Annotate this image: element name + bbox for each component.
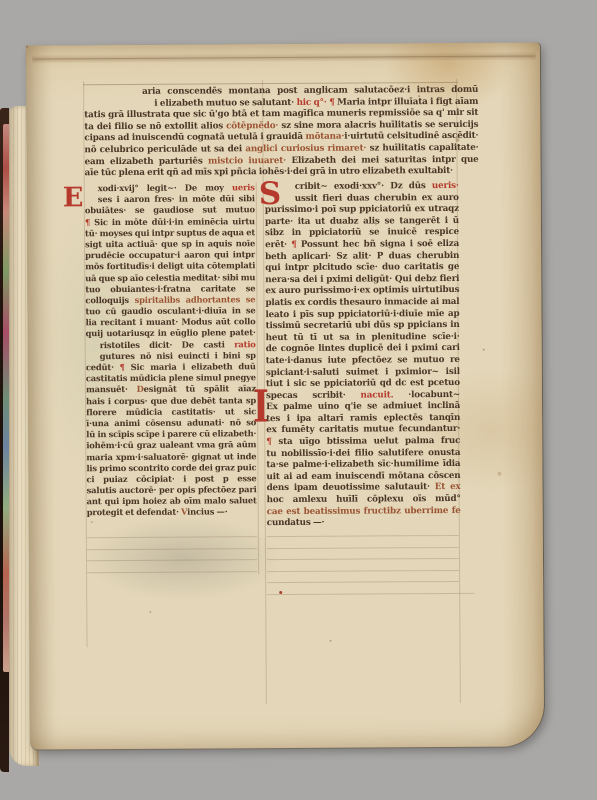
body-text: Ex palme uino q'ie se admiuet inclinā [266,401,460,412]
blank-ruling [267,535,459,537]
body-text: ex fumēty caritatis mutue fecundantur· [266,424,460,435]
body-text: cipans ad inuiscendū cognatā uetulā i gr… [84,132,305,143]
body-text: hais i corpus· que due debēt tanta sp [86,395,256,406]
body-text: tes i ipa altarī ramis eplectēs tanqīn [266,413,460,424]
body-text: ex auro purissimo·i·ex optimis uirtutibu… [265,285,459,296]
body-text: uā que sp aīo celestia meditat· sibi mu [85,272,255,283]
manuscript-text-line: cundatus —· [267,517,461,530]
body-text: ·locabunt~ [393,390,460,400]
body-text: spiciant·i·saluti suimet i pximior~ isil [266,366,460,377]
body-text: specas scribit· [266,390,361,401]
body-text: beth aplicari· Sz alit· P duas cherubin [265,250,459,261]
body-text: D [137,384,144,394]
body-text: i elizabeth mutuo se salutant· [154,98,296,109]
rubric-text: hic q°· [297,97,330,107]
rubric-text: ¶ [120,362,131,372]
body-text: leato i pīs sup ppiciatoriū·i·diuīe mīe … [265,308,459,319]
body-text: aīe tūc plena erit qñ ad mīs xpi pñcia i… [85,166,453,178]
blank-ruling [87,536,257,538]
body-text: hoc amlexu huīlī cōplexu oīs mūd° [267,494,461,505]
rubric-text: ¶ [85,217,94,227]
body-text: eam elizabeth parturiēs [85,156,209,167]
body-text: parte· ita ut duabz alis se tangerēt i ū [265,216,459,227]
body-text: cedūt· [86,362,120,372]
body-text: tiut i sic se ppiciatoriū qd dc est pcet… [266,378,460,389]
rubric-text: ¶ [266,437,278,447]
body-text: purissimo·i poī sup ppiciatoriū ex utraq… [265,204,459,215]
top-text-block: aria conscendēs montana post anglicam sa… [84,85,479,180]
body-text: ses i aaron fres· in mōte dūi sibi [98,193,255,204]
body-text: sta uīgo btissima uelut palma fruc [278,436,460,447]
body-text: tū· moyses qui intpr suptus de aqua et [85,227,255,238]
manuscript-text-line: aīe tūc plena erit qñ ad mīs xpi pñcia i… [85,166,479,180]
body-text: lū in scīpis scīpe i parere cū elizabeth… [86,428,256,439]
rubric-text: nacuit. [360,390,393,400]
body-text: Et ex [435,482,461,492]
body-text: protegit et defendat· [87,507,181,518]
body-text: incius —· [187,507,227,517]
right-column: cribit~ exodi·xxv°· Dz dūs ueris·ussit f… [265,181,461,530]
body-text: Sic in mōte dūi·i·in eminēcia uirtu [94,216,255,227]
drop-cap-E: E [63,184,84,211]
blank-ruling [87,548,257,550]
rubric-text: ratio [234,339,256,349]
parchment-specks [26,46,28,48]
body-text: salutis auctorē· per opis pfectōez pari [87,484,257,495]
body-text: ussit fieri duas cherubin ex auro [295,193,459,204]
body-text: ta·se palme·i·elizabeth sīc·humilime īdi… [266,459,460,470]
body-text: nō celubrico periculāde ut sa dei [84,144,245,155]
manuscript-text-line: cae est beatissimus fructibz uberrime fe [267,506,461,519]
body-text: tate·i·danus iute pfectōez se mutuo re [266,355,460,366]
body-text: ī·una animi cōsensu adunati· nō so [86,417,256,428]
left-column: xodi·xvij° legit~· De moy uerisses i aar… [85,182,257,519]
body-text: lis primo scontrito corde dei graz puic [86,462,256,473]
blank-ruling [267,570,459,572]
rubric-text: ueris· [432,181,459,191]
body-text: ristotiles dicit· De casti [100,339,235,350]
body-text: cae est beatissimus fructibz uberrime fe [267,506,461,517]
manuscript-text-line: ant qui ipm hoiez ab oīm malo saluet [87,495,257,507]
body-text: erēt· [265,240,291,250]
body-text: sibz in ppiciatoriū se inuicē respice [265,227,459,238]
body-text: esignāt tū spālit aīaz [144,384,256,395]
body-text: xodi·xvij° legit~· De moy [98,182,232,193]
body-text: colloquijs [85,295,134,305]
blank-ruling [87,559,257,561]
body-text: lia recitant i muant· Modus aūt collo [86,316,256,327]
body-text: Sic maria i elizabeth duū [131,361,256,372]
rubric-text: ¶ [291,240,301,250]
body-text: castitatis mūdicia plene simul pnegye [86,372,256,383]
body-text: sigt uita actiuā· que sp in aquis noīe [85,238,255,249]
body-text: iohēm·i·cū graz ualeant vma grā aūm [86,439,256,450]
body-text: nera·sa dei i pximi deligūt· Qui debz fi… [265,274,459,285]
manuscript-text-line: protegit et defendat· Vincius —· [87,507,257,519]
body-text: heut tū tī ut sa in plenitudine scīe·i· [266,332,460,343]
blank-ruling [267,547,459,549]
body-text: ta dei filio se nō extollit alios [84,121,226,132]
body-text: Possunt hec bñ signa i soē eliza [301,239,459,250]
body-text: prudēcie occupatur·i aaron qui intpr [85,249,255,260]
body-text: tu nobilissīo·i·dei filio salutifere onu… [266,448,460,459]
rubric-text: ueris [232,182,255,192]
rubric-text: ¶ [329,97,337,107]
body-text: gutures nō nisi euincti i bini sp [100,350,256,361]
body-text: quij uotariusqz in eūglio plene patet· [86,328,256,339]
photo-background: E S I aria conscendēs montana post angli… [0,0,597,800]
body-text: anglici curiosius rimaret· [245,143,366,154]
manuscript-page: E S I aria conscendēs montana post angli… [26,42,544,749]
body-text: mansuēt· [86,384,137,394]
body-text: de cognōe lintes duplicē dei i pximi car… [266,343,460,354]
blank-ruling [267,558,459,560]
body-text: cōtēpnēdo· [226,121,278,131]
body-text: dens ipam deuotissime salutauit· [267,483,435,494]
body-text: platis ex cordis thesauro inmacide ai ma… [265,297,459,308]
body-text: cribit~ exodi·xxv°· Dz dūs [295,181,432,192]
body-text: maria xpm·i·saluatorē· gignat ut inde [86,451,256,462]
body-text: mōtana· [305,132,344,142]
body-text: qui intpr plcitudo scīe· duo caritatis g… [265,262,459,273]
body-text: mistcio iuuaret· [208,156,286,166]
body-text: ant qui ipm hoiez ab oīm malo saluet [87,495,257,506]
blank-ruling [87,571,257,573]
blank-ruling [267,593,474,595]
body-text: cundatus —· [267,518,325,528]
blank-ruling [267,581,459,583]
body-text: uit ai ad eam inuiscendī mōtana cōscen [266,471,460,482]
body-text: mōs fortitudīs·i deligt uita cōtemplati [85,260,255,271]
body-text: tissimū secretariū ubi dūs sp ppicians i… [266,320,460,331]
